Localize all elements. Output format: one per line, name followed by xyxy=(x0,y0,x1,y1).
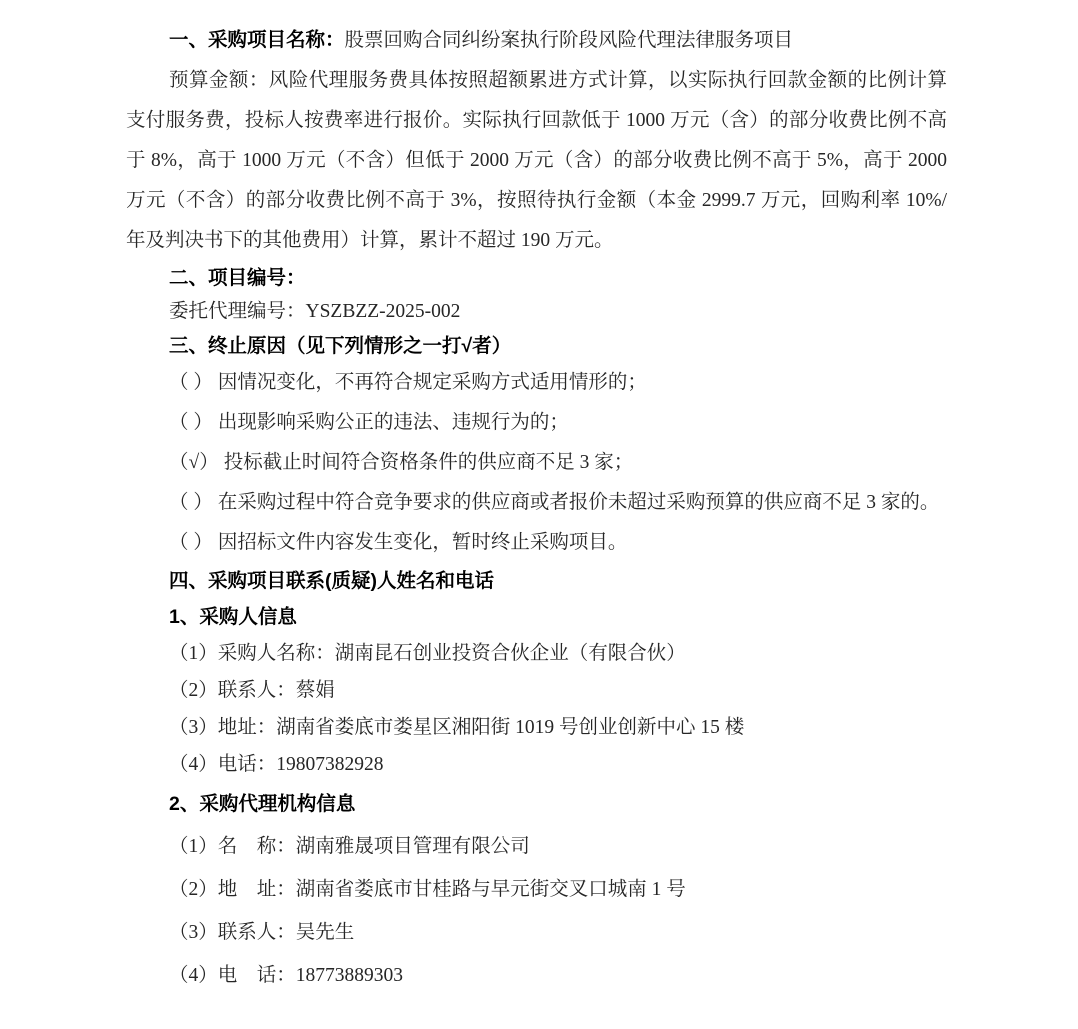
document-page: 一、采购项目名称：股票回购合同纠纷案执行阶段风险代理法律服务项目 预算金额：风险… xyxy=(0,0,1078,1029)
option-text: 投标截止时间符合资格条件的供应商不足 3 家； xyxy=(224,452,634,473)
checkbox-marker-checked: （√） xyxy=(169,452,219,473)
checkbox-marker: （ ） xyxy=(169,372,213,393)
checkbox-marker: （ ） xyxy=(169,412,213,433)
agency-ref-number-line: 委托代理编号：YSZBZZ-2025-002 xyxy=(126,295,947,329)
section-project-number: 二、项目编号： 委托代理编号：YSZBZZ-2025-002 xyxy=(126,261,947,329)
termination-option: （ ）因情况变化，不再符合规定采购方式适用情形的； xyxy=(126,363,947,403)
option-text: 出现影响采购公正的违法、违规行为的； xyxy=(218,412,569,433)
purchaser-info: 1、采购人信息 （1）采购人名称：湖南昆石创业投资合伙企业（有限合伙） （2）联… xyxy=(126,599,947,783)
agency-name-line: （1）名 称：湖南雅晟项目管理有限公司 xyxy=(126,825,947,868)
project-name-value: 股票回购合同纠纷案执行阶段风险代理法律服务项目 xyxy=(345,30,794,51)
termination-option: （ ）因招标文件内容发生变化，暂时终止采购项目。 xyxy=(126,523,947,563)
checkbox-marker: （ ） xyxy=(169,532,213,553)
purchaser-phone-line: （4）电话：19807382928 xyxy=(126,746,947,783)
project-name-line: 一、采购项目名称：股票回购合同纠纷案执行阶段风险代理法律服务项目 xyxy=(126,20,947,61)
checkbox-marker: （ ） xyxy=(169,492,213,513)
agency-heading: 2、采购代理机构信息 xyxy=(126,783,947,825)
option-text: 在采购过程中符合竞争要求的供应商或者报价未超过采购预算的供应商不足 3 家的。 xyxy=(218,492,940,513)
option-text: 因情况变化，不再符合规定采购方式适用情形的； xyxy=(218,372,647,393)
termination-option: （√）投标截止时间符合资格条件的供应商不足 3 家； xyxy=(126,443,947,483)
section-contacts: 四、采购项目联系(质疑)人姓名和电话 1、采购人信息 （1）采购人名称：湖南昆石… xyxy=(126,563,947,997)
section-3-heading: 三、终止原因（见下列情形之一打√者） xyxy=(126,329,947,363)
agency-address-line: （2）地 址：湖南省娄底市甘桂路与早元街交叉口城南 1 号 xyxy=(126,868,947,911)
section-2-heading: 二、项目编号： xyxy=(126,261,947,295)
agency-phone-line: （4）电 话：18773889303 xyxy=(126,954,947,997)
section-termination-reason: 三、终止原因（见下列情形之一打√者） （ ）因情况变化，不再符合规定采购方式适用… xyxy=(126,329,947,563)
purchaser-heading: 1、采购人信息 xyxy=(126,599,947,635)
purchaser-address-line: （3）地址：湖南省娄底市娄星区湘阳街 1019 号创业创新中心 15 楼 xyxy=(126,709,947,746)
purchaser-contact-line: （2）联系人：蔡娟 xyxy=(126,672,947,709)
agency-info: 2、采购代理机构信息 （1）名 称：湖南雅晟项目管理有限公司 （2）地 址：湖南… xyxy=(126,783,947,997)
termination-option: （ ）出现影响采购公正的违法、违规行为的； xyxy=(126,403,947,443)
section-4-heading: 四、采购项目联系(质疑)人姓名和电话 xyxy=(126,563,947,599)
purchaser-name-line: （1）采购人名称：湖南昆石创业投资合伙企业（有限合伙） xyxy=(126,635,947,672)
termination-option: （ ）在采购过程中符合竞争要求的供应商或者报价未超过采购预算的供应商不足 3 家… xyxy=(126,483,947,523)
option-text: 因招标文件内容发生变化，暂时终止采购项目。 xyxy=(218,532,628,553)
budget-paragraph: 预算金额：风险代理服务费具体按照超额累进方式计算，以实际执行回款金额的比例计算支… xyxy=(126,61,947,261)
section-1-heading: 一、采购项目名称： xyxy=(169,29,345,51)
agency-contact-line: （3）联系人：吴先生 xyxy=(126,911,947,954)
section-project-name: 一、采购项目名称：股票回购合同纠纷案执行阶段风险代理法律服务项目 预算金额：风险… xyxy=(126,20,947,261)
